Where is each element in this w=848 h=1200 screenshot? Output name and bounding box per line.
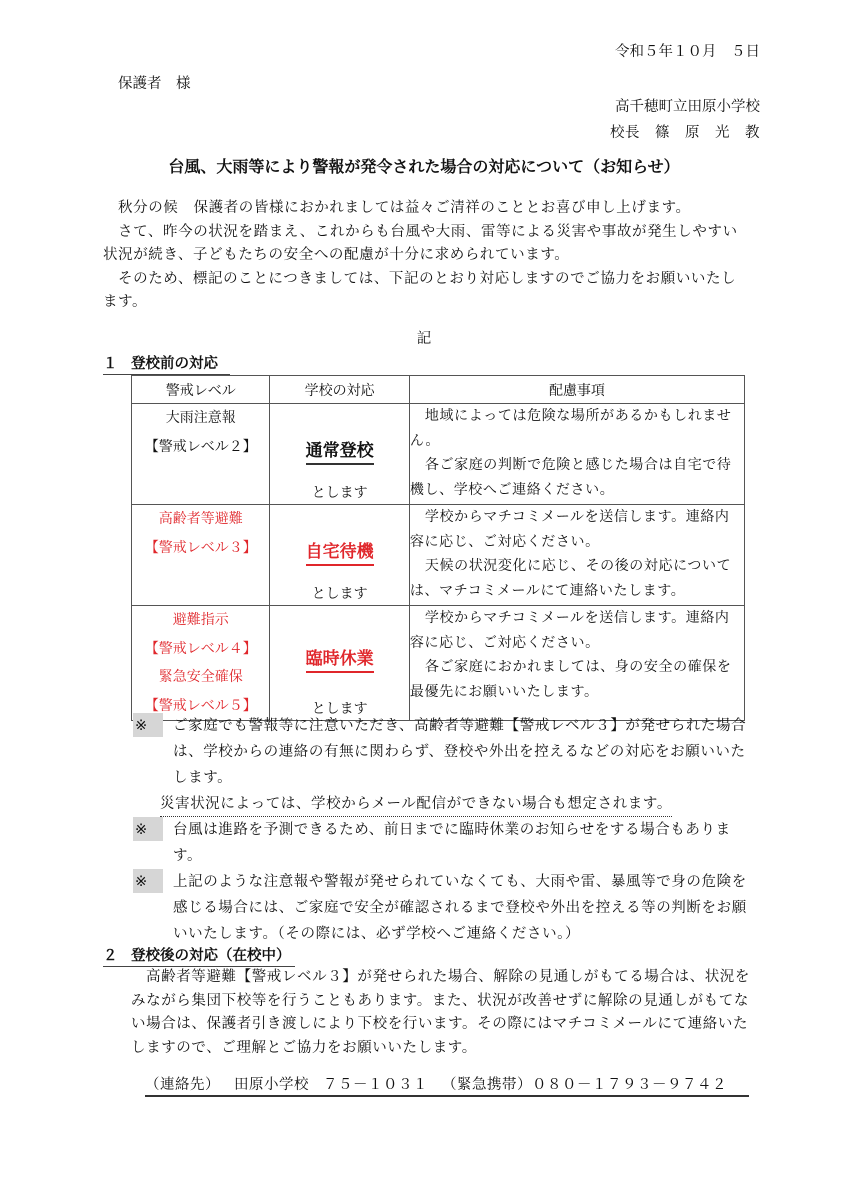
remark-text: 上記のような注意報や警報が発せられていなくても、大雨や雷、暴風等で身の危険を感じ… bbox=[153, 869, 753, 947]
alert-level-label: 【警戒レベル２】 bbox=[132, 433, 269, 462]
consideration-note: 各ご家庭の判断で危険と感じた場合は自宅で待機し、学校へご連絡ください。 bbox=[410, 453, 744, 502]
table-header-row: 警戒レベル 学校の対応 配慮事項 bbox=[132, 376, 745, 404]
alert-level-label: 避難指示 bbox=[132, 606, 269, 635]
addressee: 保護者 様 bbox=[118, 72, 191, 93]
alert-level-label: 緊急安全確保 bbox=[132, 663, 269, 692]
school-action: 自宅待機 bbox=[270, 537, 408, 562]
school-action: 通常登校 bbox=[270, 436, 408, 461]
reference-mark-icon: ※ bbox=[133, 817, 163, 841]
consideration-note: 地域によっては危険な場所があるかもしれません。 bbox=[410, 404, 744, 453]
school-action-suffix: とします bbox=[270, 482, 408, 502]
reference-mark-icon: ※ bbox=[133, 869, 163, 893]
table-row: 避難指示 【警戒レベル４】 緊急安全確保 【警戒レベル５】 臨時休業 とします … bbox=[132, 606, 745, 721]
consideration-cell: 地域によっては危険な場所があるかもしれません。 各ご家庭の判断で危険と感じた場合… bbox=[409, 404, 744, 505]
mobile-phone: ０８０－１７９３－９７４２ bbox=[532, 1077, 727, 1093]
intro-paragraph: そのため、標記のことにつきましては、下記のとおり対応しますのでご協力をお願いいた… bbox=[103, 268, 751, 315]
school-action-suffix: とします bbox=[270, 583, 408, 603]
school-name: 高千穂町立田原小学校 bbox=[615, 95, 760, 116]
column-header: 学校の対応 bbox=[270, 376, 409, 404]
section-title: 登校前の対応 bbox=[131, 356, 218, 372]
remark-item: ※ 上記のような注意報や警報が発せられていなくても、大雨や雷、暴風等で身の危険を… bbox=[133, 869, 753, 947]
intro-paragraph: 秋分の候 保護者の皆様におかれましては益々ご清祥のこととお喜び申し上げます。 bbox=[103, 197, 751, 221]
alert-level-label: 大雨注意報 bbox=[132, 404, 269, 433]
section-title: 登校後の対応（在校中） bbox=[131, 948, 291, 964]
consideration-cell: 学校からマチコミメールを送信します。連絡内容に応じ、ご対応ください。 各ご家庭に… bbox=[409, 606, 744, 721]
alert-level-label: 高齢者等避難 bbox=[132, 505, 269, 534]
document-title: 台風、大雨等により警報が発令された場合の対応について（お知らせ） bbox=[0, 154, 848, 177]
remark-text: 台風は進路を予測できるため、前日までに臨時休業のお知らせをする場合もあります。 bbox=[153, 817, 753, 869]
remarks-section: ※ ご家庭でも警報等に注意いただき、高齢者等避難【警戒レベル３】が発せられた場合… bbox=[133, 713, 753, 947]
alert-level-table: 警戒レベル 学校の対応 配慮事項 大雨注意報 【警戒レベル２】 通常登校 としま… bbox=[131, 375, 745, 721]
column-header: 配慮事項 bbox=[409, 376, 744, 404]
school-action-cell: 自宅待機 とします bbox=[270, 505, 409, 606]
ki-marker: 記 bbox=[0, 327, 848, 348]
remark-item: ※ 台風は進路を予測できるため、前日までに臨時休業のお知らせをする場合もあります… bbox=[133, 817, 753, 869]
alert-level-cell: 大雨注意報 【警戒レベル２】 bbox=[132, 404, 270, 505]
remark-subnote: 災害状況によっては、学校からメール配信ができない場合も想定されます。 bbox=[160, 793, 672, 817]
reference-mark-icon: ※ bbox=[133, 713, 163, 737]
intro-section: 秋分の候 保護者の皆様におかれましては益々ご清祥のこととお喜び申し上げます。 さ… bbox=[103, 197, 751, 315]
alert-level-cell: 避難指示 【警戒レベル４】 緊急安全確保 【警戒レベル５】 bbox=[132, 606, 270, 721]
consideration-note: 各ご家庭におかれましては、身の安全の確保を最優先にお願いいたします。 bbox=[410, 655, 744, 704]
consideration-note: 天候の状況変化に応じ、その後の対応については、マチコミメールにて連絡いたします。 bbox=[410, 554, 744, 603]
consideration-note: 学校からマチコミメールを送信します。連絡内容に応じ、ご対応ください。 bbox=[410, 606, 744, 655]
consideration-cell: 学校からマチコミメールを送信します。連絡内容に応じ、ご対応ください。 天候の状況… bbox=[409, 505, 744, 606]
remark-text: ご家庭でも警報等に注意いただき、高齢者等避難【警戒レベル３】が発せられた場合は、… bbox=[153, 713, 753, 791]
contact-school: 田原小学校 bbox=[234, 1077, 309, 1093]
contact-line: （連絡先）田原小学校７５－１０３１（緊急携帯）０８０－１７９３－９７４２ bbox=[145, 1073, 749, 1097]
section-heading-after-school: ２登校後の対応（在校中） bbox=[103, 944, 295, 967]
consideration-note: 学校からマチコミメールを送信します。連絡内容に応じ、ご対応ください。 bbox=[410, 505, 744, 554]
mobile-label: （緊急携帯） bbox=[442, 1077, 532, 1093]
document-date: 令和５年１０月 ５日 bbox=[615, 40, 760, 61]
contact-label: （連絡先） bbox=[145, 1077, 220, 1093]
section-heading-before-school: １登校前の対応 bbox=[103, 352, 230, 375]
school-action-cell: 通常登校 とします bbox=[270, 404, 409, 505]
alert-level-label: 【警戒レベル３】 bbox=[132, 534, 269, 563]
school-action: 臨時休業 bbox=[270, 644, 408, 669]
section-number: ２ bbox=[103, 944, 131, 965]
intro-paragraph: さて、昨今の状況を踏まえ、これからも台風や大雨、雷等による災害や事故が発生しやす… bbox=[103, 221, 751, 268]
section-number: １ bbox=[103, 352, 131, 373]
alert-level-cell: 高齢者等避難 【警戒レベル３】 bbox=[132, 505, 270, 606]
column-header: 警戒レベル bbox=[132, 376, 270, 404]
table-row: 大雨注意報 【警戒レベル２】 通常登校 とします 地域によっては危険な場所がある… bbox=[132, 404, 745, 505]
school-action-cell: 臨時休業 とします bbox=[270, 606, 409, 721]
alert-level-label: 【警戒レベル４】 bbox=[132, 635, 269, 664]
after-school-body: 高齢者等避難【警戒レベル３】が発せられた場合、解除の見通しがもてる場合は、状況を… bbox=[131, 966, 751, 1060]
table-row: 高齢者等避難 【警戒レベル３】 自宅待機 とします 学校からマチコミメールを送信… bbox=[132, 505, 745, 606]
remark-item: ※ ご家庭でも警報等に注意いただき、高齢者等避難【警戒レベル３】が発せられた場合… bbox=[133, 713, 753, 791]
contact-phone: ７５－１０３１ bbox=[323, 1077, 428, 1093]
principal-name: 校長 篠 原 光 教 bbox=[610, 121, 760, 142]
